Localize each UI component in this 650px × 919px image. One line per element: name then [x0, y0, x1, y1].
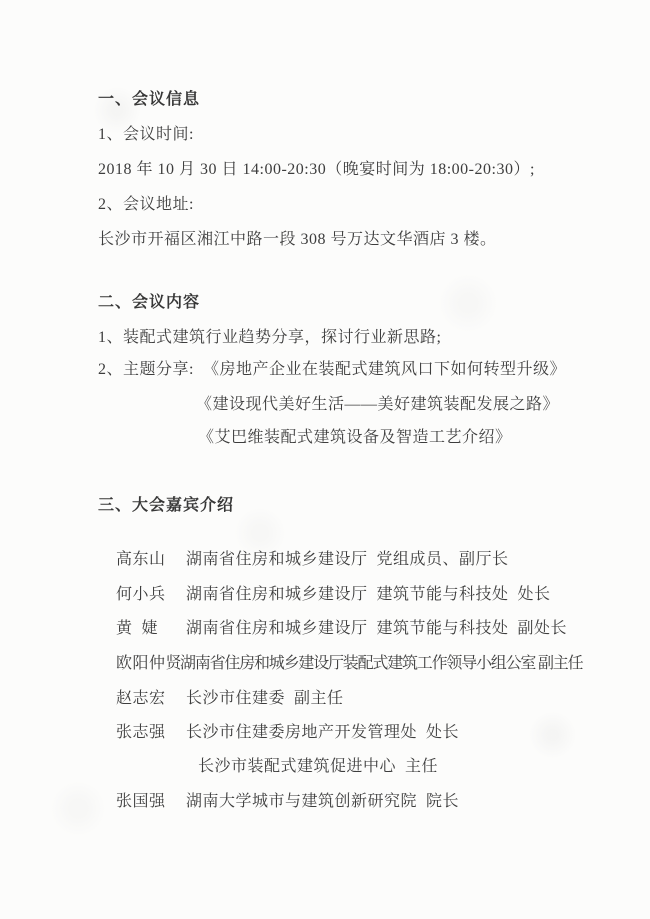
section-2-heading: 二、会议内容	[98, 293, 200, 313]
agenda-item-1: 1、装配式建筑行业趋势分享，探讨行业新思路;	[98, 328, 441, 348]
agenda-topic-2: 《建设现代美好生活——美好建筑装配发展之路》	[196, 395, 559, 415]
guest-row: 张国强湖南大学城市与建筑创新研究院 院长	[98, 772, 459, 832]
agenda-item-2: 2、主题分享: 《房地产企业在装配式建筑风口下如何转型升级》	[98, 360, 566, 380]
meeting-address-label: 2、会议地址:	[98, 195, 194, 215]
meeting-address-value: 长沙市开福区湘江中路一段 308 号万达文华酒店 3 楼。	[98, 230, 497, 250]
section-3-heading: 三、大会嘉宾介绍	[98, 496, 234, 516]
section-1-heading: 一、会议信息	[98, 90, 200, 110]
meeting-time-label: 1、会议时间:	[98, 125, 194, 145]
guest-org: 湖南大学城市与建筑创新研究院 院长	[186, 793, 459, 810]
agenda-topic-3: 《艾巴维装配式建筑设备及智造工艺介绍》	[198, 428, 512, 448]
meeting-time-value: 2018 年 10 月 30 日 14:00-20:30（晚宴时间为 18:00…	[98, 160, 535, 180]
scanned-document-page: 一、会议信息 1、会议时间: 2018 年 10 月 30 日 14:00-20…	[0, 0, 650, 919]
guest-name: 张国强	[116, 792, 186, 812]
